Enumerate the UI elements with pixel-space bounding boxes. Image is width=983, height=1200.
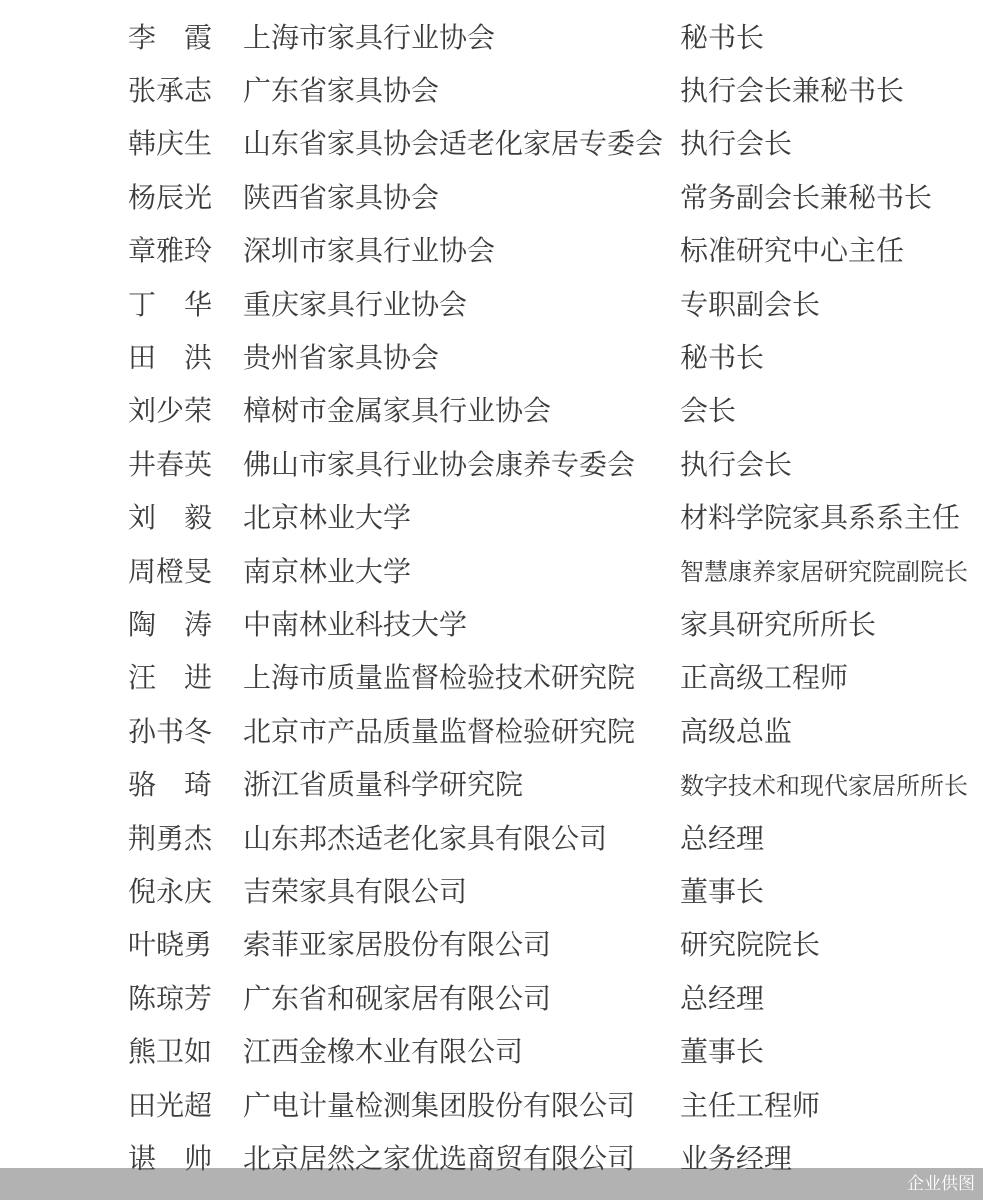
person-name: 章雅玲 — [128, 229, 243, 269]
table-row: 韩庆生 山东省家具协会适老化家居专委会 执行会长 — [0, 116, 983, 169]
organization-name: 广东省家具协会 — [243, 69, 680, 109]
table-row: 刘少荣 樟树市金属家具行业协会 会长 — [0, 383, 983, 436]
person-name: 李 霞 — [128, 16, 243, 56]
person-name: 荆勇杰 — [128, 817, 243, 857]
organization-name: 北京居然之家优选商贸有限公司 — [243, 1137, 680, 1177]
person-title: 总经理 — [680, 817, 983, 857]
organization-name: 吉荣家具有限公司 — [243, 870, 680, 910]
organization-name: 贵州省家具协会 — [243, 336, 680, 376]
person-name: 倪永庆 — [128, 870, 243, 910]
table-row: 骆 琦 浙江省质量科学研究院 数字技术和现代家居所所长 — [0, 756, 983, 809]
person-title: 研究院院长 — [680, 923, 983, 963]
organization-name: 浙江省质量科学研究院 — [243, 763, 680, 803]
organization-name: 中南林业科技大学 — [243, 603, 680, 643]
table-row: 章雅玲 深圳市家具行业协会 标准研究中心主任 — [0, 223, 983, 276]
person-title: 业务经理 — [680, 1137, 983, 1177]
person-name: 陈琼芳 — [128, 977, 243, 1017]
table-row: 倪永庆 吉荣家具有限公司 董事长 — [0, 863, 983, 916]
person-name: 周橙旻 — [128, 550, 243, 590]
person-name: 井春英 — [128, 443, 243, 483]
table-row: 周橙旻 南京林业大学 智慧康养家居研究院副院长 — [0, 543, 983, 596]
person-name: 韩庆生 — [128, 122, 243, 162]
table-row: 杨辰光 陕西省家具协会 常务副会长兼秘书长 — [0, 169, 983, 222]
person-name: 丁 华 — [128, 283, 243, 323]
table-row: 井春英 佛山市家具行业协会康养专委会 执行会长 — [0, 436, 983, 489]
organization-name: 山东省家具协会适老化家居专委会 — [243, 122, 680, 162]
organization-name: 深圳市家具行业协会 — [243, 229, 680, 269]
person-name: 熊卫如 — [128, 1030, 243, 1070]
document-page: 李 霞 上海市家具行业协会 秘书长 张承志 广东省家具协会 执行会长兼秘书长 韩… — [0, 0, 983, 1200]
person-name: 田 洪 — [128, 336, 243, 376]
person-title: 材料学院家具系系主任 — [680, 496, 983, 536]
person-title: 会长 — [680, 389, 983, 429]
person-name: 汪 进 — [128, 656, 243, 696]
table-row: 田光超 广电计量检测集团股份有限公司 主任工程师 — [0, 1077, 983, 1130]
person-title: 总经理 — [680, 977, 983, 1017]
organization-name: 北京市产品质量监督检验研究院 — [243, 710, 680, 750]
person-title: 家具研究所所长 — [680, 603, 983, 643]
table-row: 张承志 广东省家具协会 执行会长兼秘书长 — [0, 62, 983, 115]
person-name: 张承志 — [128, 69, 243, 109]
person-title: 正高级工程师 — [680, 656, 983, 696]
person-title: 标准研究中心主任 — [680, 229, 983, 269]
table-row: 荆勇杰 山东邦杰适老化家具有限公司 总经理 — [0, 810, 983, 863]
table-row: 丁 华 重庆家具行业协会 专职副会长 — [0, 276, 983, 329]
person-title: 董事长 — [680, 1030, 983, 1070]
organization-name: 广电计量检测集团股份有限公司 — [243, 1084, 680, 1124]
person-title: 主任工程师 — [680, 1084, 983, 1124]
table-row: 谌 帅 北京居然之家优选商贸有限公司 业务经理 — [0, 1130, 983, 1183]
person-name: 孙书冬 — [128, 710, 243, 750]
person-title: 数字技术和现代家居所所长 — [680, 766, 983, 801]
person-title: 智慧康养家居研究院副院长 — [680, 552, 983, 587]
person-name: 叶晓勇 — [128, 923, 243, 963]
organization-name: 广东省和砚家居有限公司 — [243, 977, 680, 1017]
organization-name: 索菲亚家居股份有限公司 — [243, 923, 680, 963]
table-row: 田 洪 贵州省家具协会 秘书长 — [0, 329, 983, 382]
person-name: 陶 涛 — [128, 603, 243, 643]
person-title: 董事长 — [680, 870, 983, 910]
person-title: 秘书长 — [680, 336, 983, 376]
person-title: 高级总监 — [680, 710, 983, 750]
organization-name: 山东邦杰适老化家具有限公司 — [243, 817, 680, 857]
table-row: 陶 涛 中南林业科技大学 家具研究所所长 — [0, 596, 983, 649]
table-row: 汪 进 上海市质量监督检验技术研究院 正高级工程师 — [0, 650, 983, 703]
table-row: 陈琼芳 广东省和砚家居有限公司 总经理 — [0, 970, 983, 1023]
organization-name: 佛山市家具行业协会康养专委会 — [243, 443, 680, 483]
organization-name: 重庆家具行业协会 — [243, 283, 680, 323]
table-row: 刘 毅 北京林业大学 材料学院家具系系主任 — [0, 490, 983, 543]
organization-name: 上海市质量监督检验技术研究院 — [243, 656, 680, 696]
person-title: 秘书长 — [680, 16, 983, 56]
table-row: 孙书冬 北京市产品质量监督检验研究院 高级总监 — [0, 703, 983, 756]
table-row: 李 霞 上海市家具行业协会 秘书长 — [0, 9, 983, 62]
organization-name: 南京林业大学 — [243, 550, 680, 590]
person-name: 谌 帅 — [128, 1137, 243, 1177]
person-title: 常务副会长兼秘书长 — [680, 176, 983, 216]
table-row: 熊卫如 江西金橡木业有限公司 董事长 — [0, 1023, 983, 1076]
person-name: 田光超 — [128, 1084, 243, 1124]
organization-name: 樟树市金属家具行业协会 — [243, 389, 680, 429]
person-name: 刘 毅 — [128, 496, 243, 536]
table-row: 叶晓勇 索菲亚家居股份有限公司 研究院院长 — [0, 917, 983, 970]
organization-name: 北京林业大学 — [243, 496, 680, 536]
person-title: 执行会长 — [680, 122, 983, 162]
person-name: 骆 琦 — [128, 763, 243, 803]
organization-name: 陕西省家具协会 — [243, 176, 680, 216]
organization-name: 江西金橡木业有限公司 — [243, 1030, 680, 1070]
roster-table: 李 霞 上海市家具行业协会 秘书长 张承志 广东省家具协会 执行会长兼秘书长 韩… — [0, 9, 983, 1184]
person-name: 刘少荣 — [128, 389, 243, 429]
person-name: 杨辰光 — [128, 176, 243, 216]
person-title: 执行会长 — [680, 443, 983, 483]
person-title: 执行会长兼秘书长 — [680, 69, 983, 109]
person-title: 专职副会长 — [680, 283, 983, 323]
organization-name: 上海市家具行业协会 — [243, 16, 680, 56]
